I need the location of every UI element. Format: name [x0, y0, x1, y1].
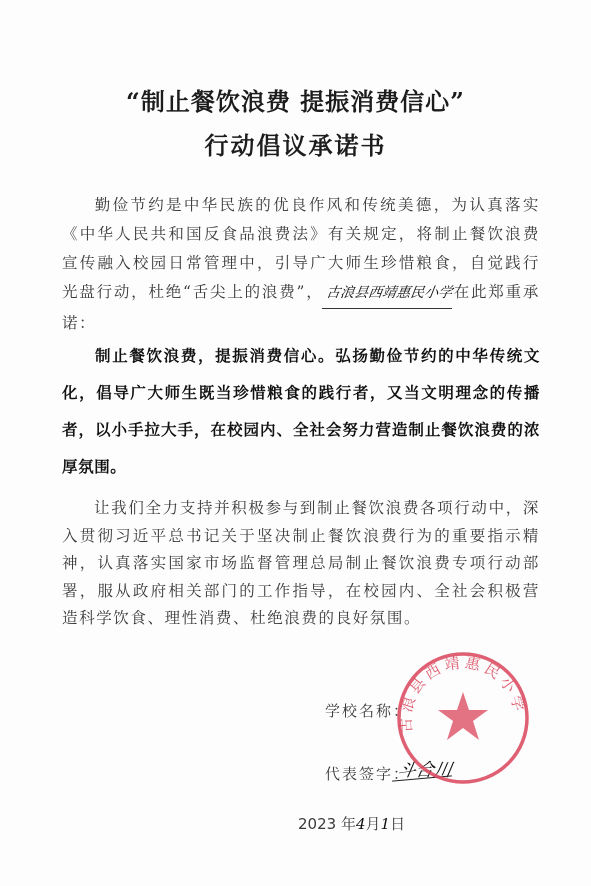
paragraph-1: 勤俭节约是中华民族的优良作风和传统美德，为认真落实《中华人民共和国反食品浪费法》… [62, 191, 540, 338]
date-month: 4 [356, 815, 366, 833]
paragraph-2-bold: 制止餐饮浪费，提振消费信心。弘扬勤俭节约的中华传统文化，倡导广大师生既当珍惜粮食… [62, 338, 540, 486]
handwritten-school-name: 古浪县西靖惠民小学 [321, 279, 455, 309]
paragraph-2-text: 制止餐饮浪费，提振消费信心。弘扬勤俭节约的中华传统文化，倡导广大师生既当珍惜粮食… [62, 347, 540, 476]
title-line-2: 行动倡议承诺书 [0, 126, 591, 161]
paragraph-3-text: 让我们全力支持并积极参与到制止餐饮浪费各项行动中，深入贯彻习近平总书记关于坚决制… [62, 499, 540, 627]
date-month-unit: 月 [366, 815, 381, 833]
date-day: 1 [381, 815, 391, 833]
date: 2023 年4月1日 [298, 813, 405, 834]
date-year-unit: 年 [336, 815, 356, 833]
paragraph-3: 让我们全力支持并积极参与到制止餐饮浪费各项行动中，深入贯彻习近平总书记关于坚决制… [62, 495, 540, 633]
date-year: 2023 [298, 815, 336, 833]
official-seal-icon: 古浪县西靖惠民小学 [393, 648, 533, 788]
title-line-1: “制止餐饮浪费 提振消费信心” [0, 82, 591, 117]
document-page: “制止餐饮浪费 提振消费信心” 行动倡议承诺书 勤俭节约是中华民族的优良作风和传… [0, 0, 591, 886]
date-day-unit: 日 [390, 815, 405, 833]
